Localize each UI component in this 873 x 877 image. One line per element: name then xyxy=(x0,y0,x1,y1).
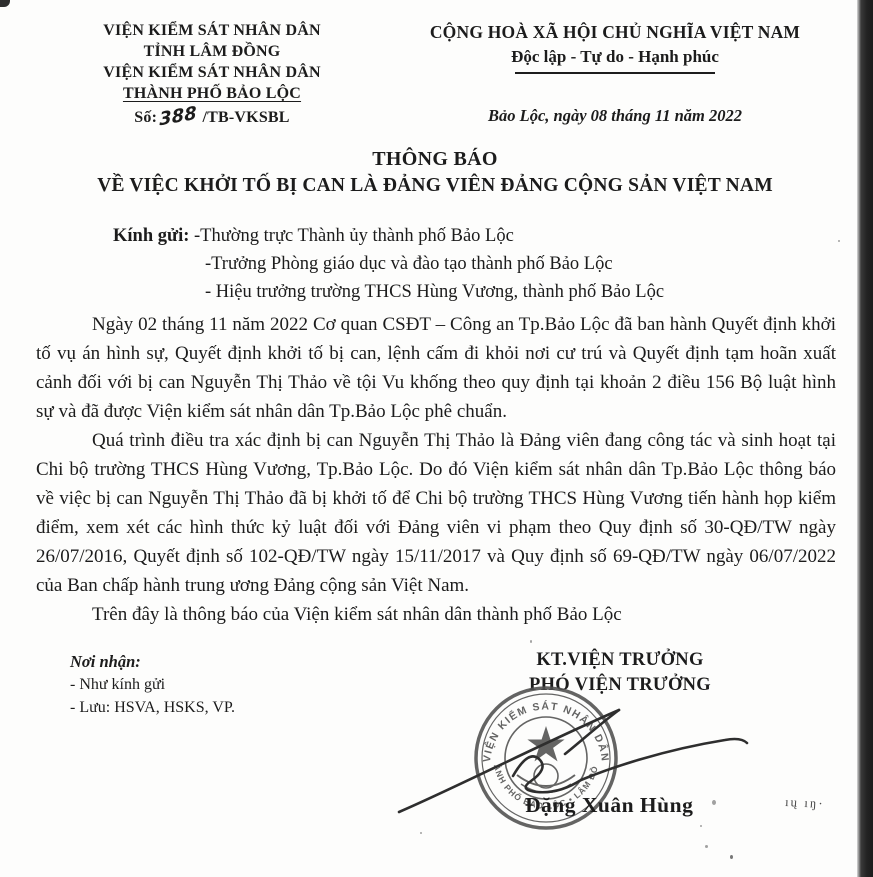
document-number: Số:388 /TB-VKSBL xyxy=(62,106,362,128)
doc-number-prefix: Số: xyxy=(134,109,157,126)
recipients-label: Kính gửi: xyxy=(113,226,189,246)
office-parent-line2: TỈNH LÂM ĐỒNG xyxy=(62,41,362,62)
document-body: Ngày 02 tháng 11 năm 2022 Cơ quan CSĐT –… xyxy=(36,310,836,629)
doc-number-suffix: /TB-VKSBL xyxy=(203,109,290,126)
body-paragraph-3: Trên đây là thông báo của Viện kiểm sát … xyxy=(36,600,836,629)
motto-underline xyxy=(515,72,715,74)
recipient-item: - Hiệu trưởng trường THCS Hùng Vương, th… xyxy=(205,282,664,302)
office-parent-line1: VIỆN KIỂM SÁT NHÂN DÂN xyxy=(62,20,362,41)
scanned-document-page: VIỆN KIỂM SÁT NHÂN DÂN TỈNH LÂM ĐỒNG VIỆ… xyxy=(0,0,873,877)
scan-speck xyxy=(838,240,840,242)
document-title-block: THÔNG BÁO VỀ VIỆC KHỞI TỐ BỊ CAN LÀ ĐẢNG… xyxy=(30,148,840,197)
scan-speck xyxy=(530,640,532,643)
date-place-line: Bảo Lộc, ngày 08 tháng 11 năm 2022 xyxy=(390,106,840,126)
scan-ink-marks: ıų ıŋ· xyxy=(785,794,826,812)
recipient-row: -Trưởng Phòng giáo dục và đào tạo thành … xyxy=(113,250,664,278)
national-header-block: CỘNG HOÀ XÃ HỘI CHỦ NGHĨA VIỆT NAM Độc l… xyxy=(390,22,840,126)
official-stamp-and-signature: VIỆN KIỂM SÁT NHÂN DÂN THÀNH PHỐ BẢO LỘC… xyxy=(395,680,785,850)
noi-nhan-block: Nơi nhận: - Như kính gửi - Lưu: HSVA, HS… xyxy=(70,650,235,719)
scanner-edge-bar xyxy=(857,0,873,877)
recipient-row: - Hiệu trưởng trường THCS Hùng Vương, th… xyxy=(113,278,664,306)
signer-name: Đặng Xuân Hùng xyxy=(525,793,693,818)
scan-corner-artifact xyxy=(0,0,10,7)
scan-speck xyxy=(705,845,708,848)
recipients-block: Kính gửi: -Thường trực Thành ủy thành ph… xyxy=(113,222,664,306)
scan-speck xyxy=(823,437,826,440)
noi-nhan-item: - Lưu: HSVA, HSKS, VP. xyxy=(70,696,235,719)
noi-nhan-label: Nơi nhận: xyxy=(70,650,235,673)
body-paragraph-1: Ngày 02 tháng 11 năm 2022 Cơ quan CSĐT –… xyxy=(36,310,836,426)
title-line1: THÔNG BÁO xyxy=(30,148,840,171)
office-name-line1: VIỆN KIỂM SÁT NHÂN DÂN xyxy=(62,62,362,83)
scan-speck xyxy=(420,832,422,834)
recipient-item: -Thường trực Thành ủy thành phố Bảo Lộc xyxy=(194,226,514,246)
recipient-row: Kính gửi: -Thường trực Thành ủy thành ph… xyxy=(113,222,664,250)
recipient-item: -Trưởng Phòng giáo dục và đào tạo thành … xyxy=(205,254,613,274)
noi-nhan-item: - Như kính gửi xyxy=(70,673,235,696)
office-name-line2: THÀNH PHỐ BẢO LỘC xyxy=(62,83,362,104)
scan-speck xyxy=(730,855,733,859)
title-line2: VỀ VIỆC KHỞI TỐ BỊ CAN LÀ ĐẢNG VIÊN ĐẢNG… xyxy=(30,175,840,197)
body-paragraph-2: Quá trình điều tra xác định bị can Nguyễ… xyxy=(36,426,836,600)
doc-number-handwritten: 388 xyxy=(159,103,197,131)
national-motto-line1: CỘNG HOÀ XÃ HỘI CHỦ NGHĨA VIỆT NAM xyxy=(390,22,840,43)
signer-title-line1: KT.VIỆN TRƯỞNG xyxy=(430,648,810,673)
national-motto-line2: Độc lập - Tự do - Hạnh phúc xyxy=(390,47,840,67)
scan-speck xyxy=(712,800,716,805)
scan-speck xyxy=(700,825,702,827)
issuing-office-block: VIỆN KIỂM SÁT NHÂN DÂN TỈNH LÂM ĐỒNG VIỆ… xyxy=(62,20,362,128)
